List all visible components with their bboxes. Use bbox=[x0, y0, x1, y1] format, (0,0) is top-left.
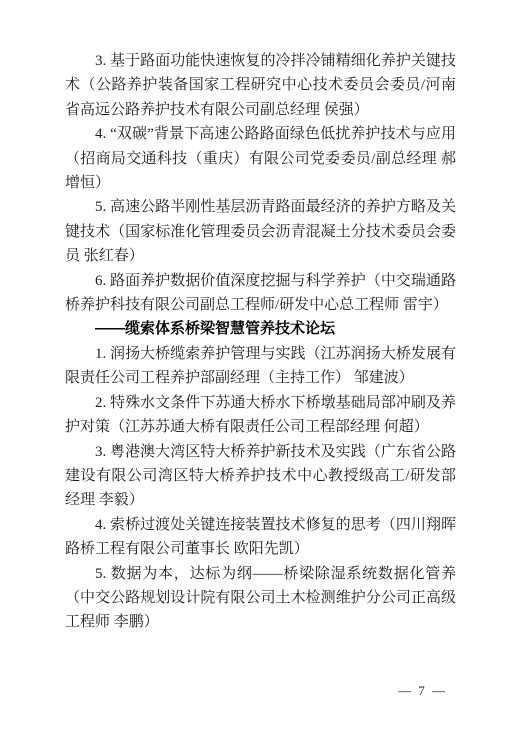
agenda-item-pavement-6: 6. 路面养护数据价值深度挖掘与科学养护（中交瑞通路桥养护科技有限公司副总工程师… bbox=[65, 269, 456, 318]
agenda-item-pavement-3: 3. 基于路面功能快速恢复的冷拌冷铺精细化养护关键技术（公路养护装备国家工程研究… bbox=[65, 49, 456, 122]
document-page: 3. 基于路面功能快速恢复的冷拌冷铺精细化养护关键技术（公路养护装备国家工程研究… bbox=[0, 0, 517, 737]
agenda-item-pavement-5: 5. 高速公路半刚性基层沥青路面最经济的养护方略及关键技术（国家标准化管理委员会… bbox=[65, 195, 456, 268]
agenda-item-cable-1: 1. 润扬大桥缆索养护管理与实践（江苏润扬大桥发展有限责任公司工程养护部副经理（… bbox=[65, 342, 456, 391]
agenda-item-cable-3: 3. 粤港澳大湾区特大桥养护新技术及实践（广东省公路建设有限公司湾区特大桥养护技… bbox=[65, 440, 456, 513]
section-heading-cable-bridge-forum: ——缆索体系桥梁智慧管养技术论坛 bbox=[65, 317, 456, 341]
agenda-item-cable-5: 5. 数据为本，达标为纲——桥梁除湿系统数据化管养（中交公路规划设计院有限公司土… bbox=[65, 562, 456, 635]
document-body: 3. 基于路面功能快速恢复的冷拌冷铺精细化养护关键技术（公路养护装备国家工程研究… bbox=[65, 49, 456, 635]
page-number: — 7 — bbox=[398, 683, 447, 699]
agenda-item-cable-2: 2. 特殊水文条件下苏通大桥水下桥墩基础局部冲刷及养护对策（江苏苏通大桥有限责任… bbox=[65, 391, 456, 440]
agenda-item-cable-4: 4. 索桥过渡处关键连接装置技术修复的思考（四川翔晖路桥工程有限公司董事长 欧阳… bbox=[65, 513, 456, 562]
agenda-item-pavement-4: 4. “双碳”背景下高速公路路面绿色低扰养护技术与应用（招商局交通科技（重庆）有… bbox=[65, 122, 456, 195]
